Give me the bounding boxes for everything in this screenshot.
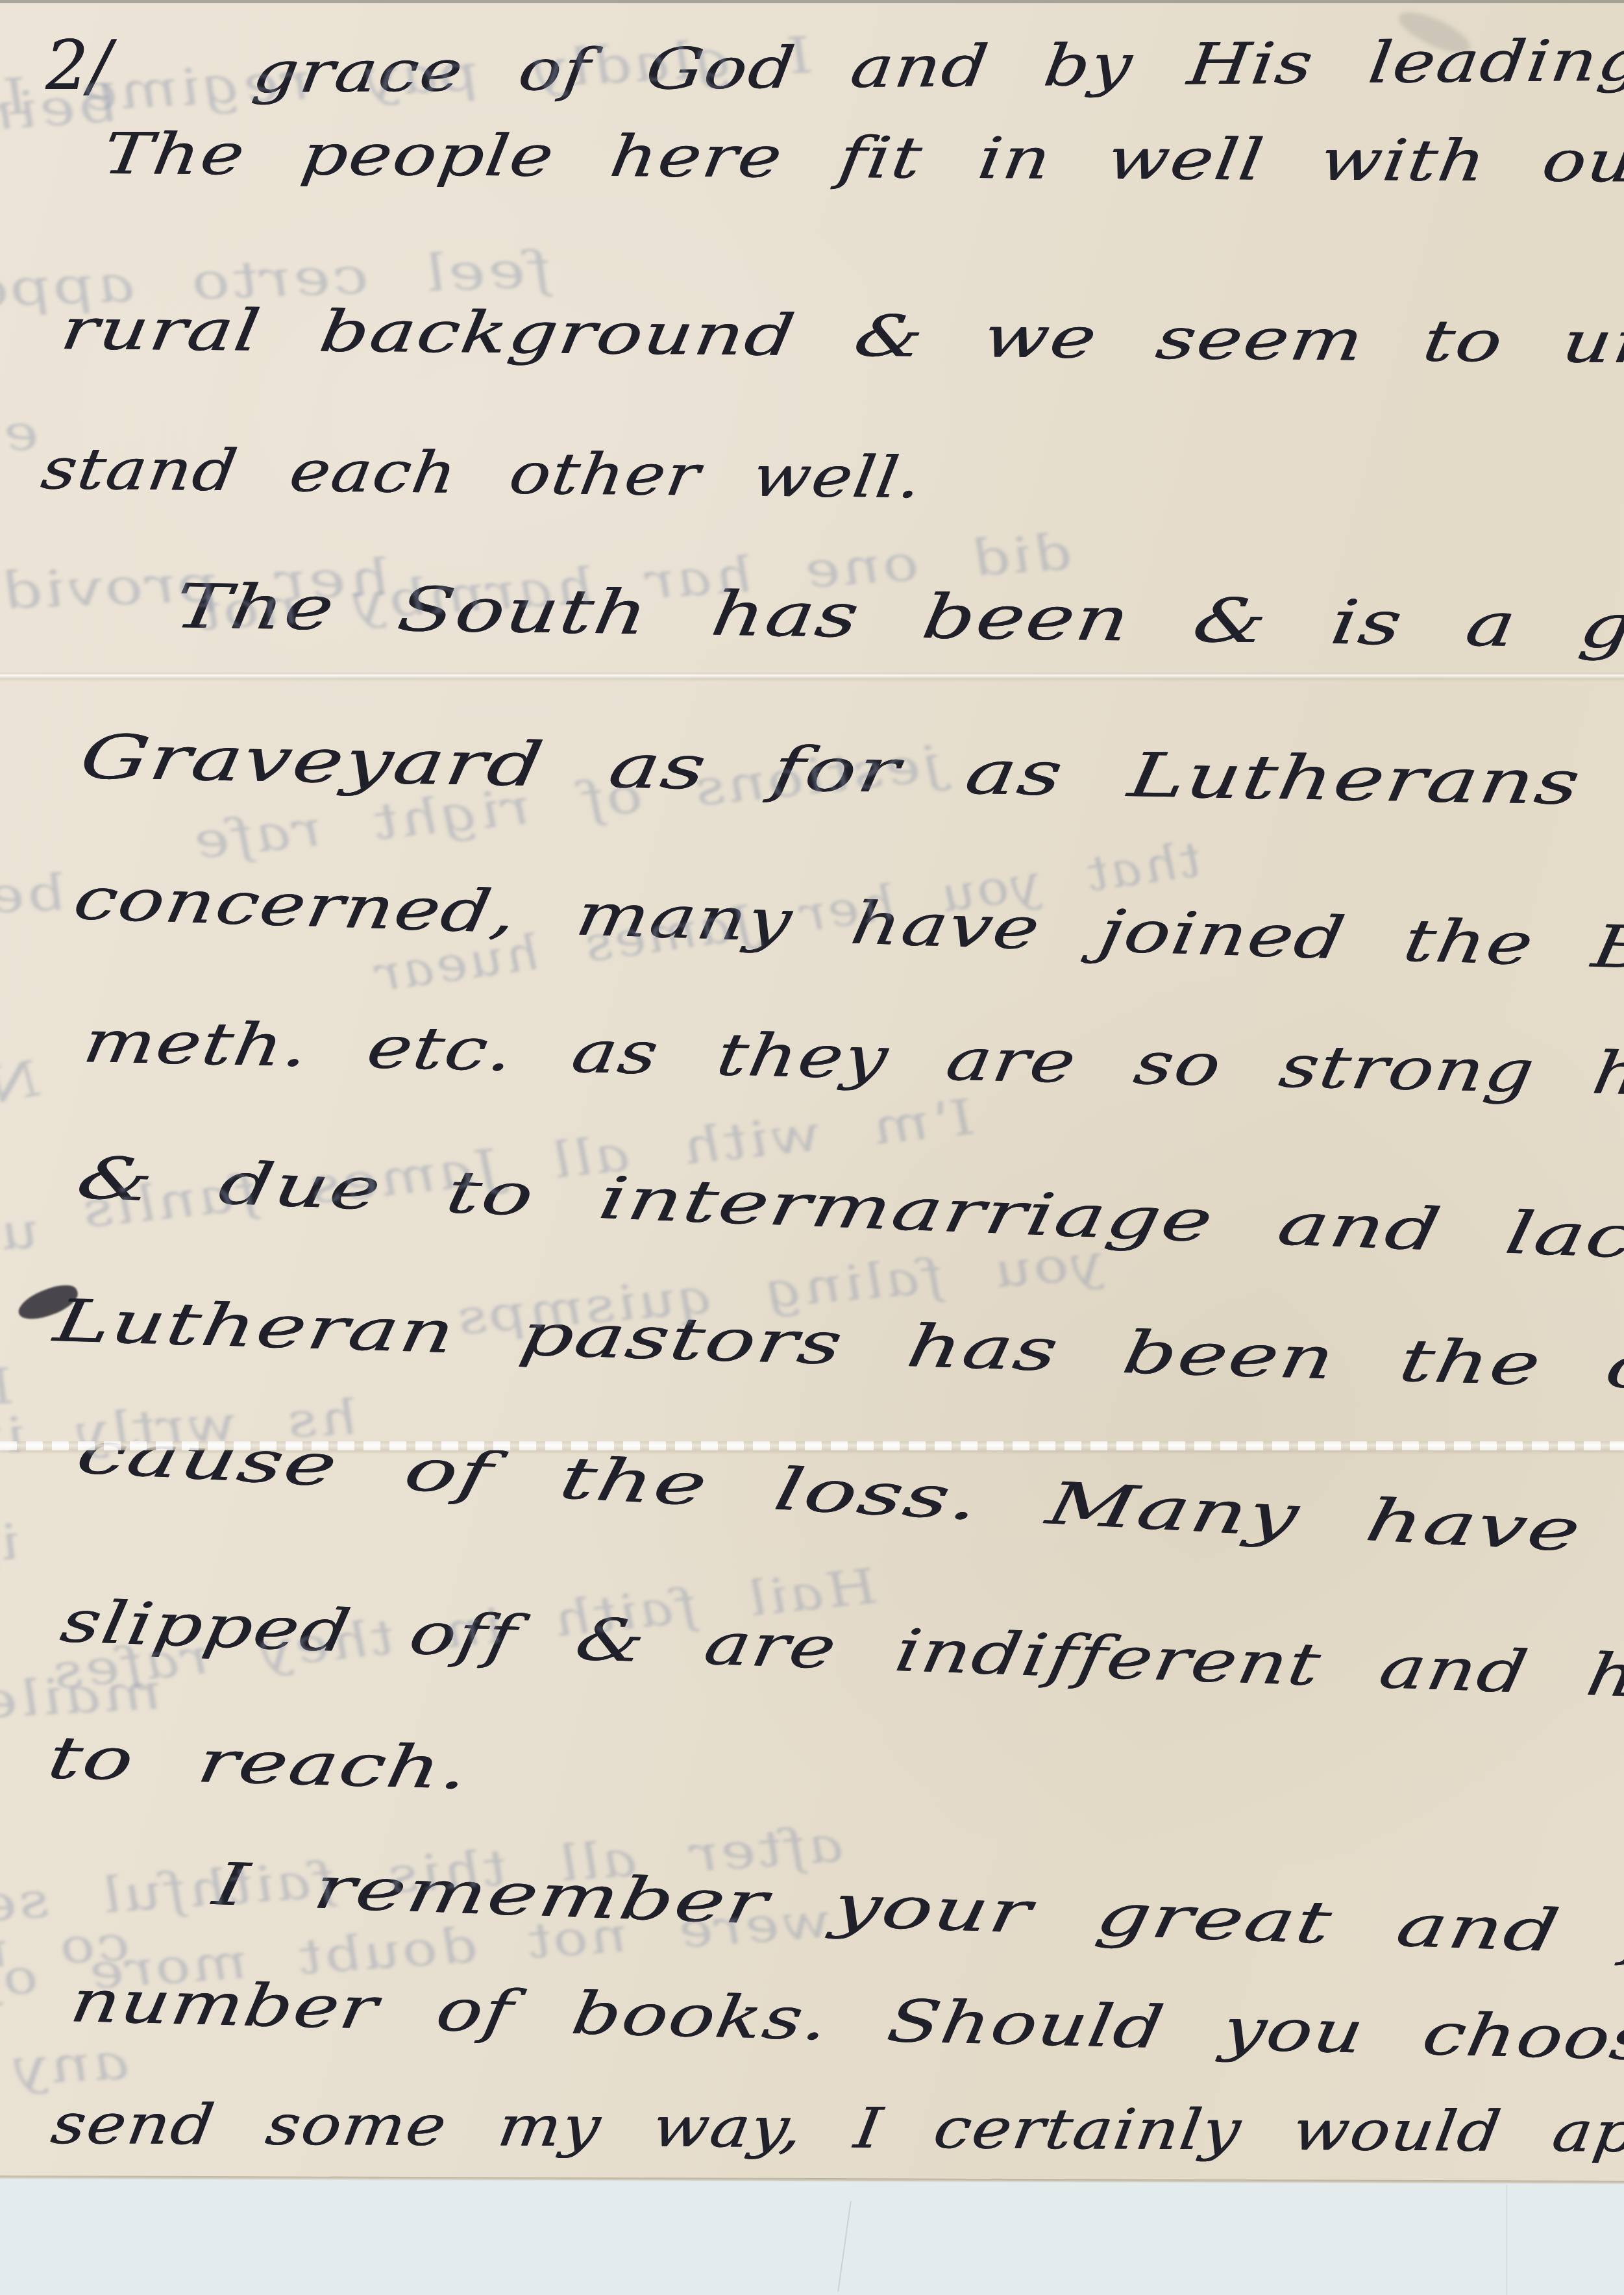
handwritten-line: to reach. <box>43 1724 474 1803</box>
scanner-hairline <box>837 2202 851 2292</box>
fold-crease <box>0 673 1624 679</box>
scanner-hairline <box>1506 2185 1507 2295</box>
handwritten-line: stand each other well. <box>37 435 927 511</box>
scanned-letter-page: 2/ grace of God and by His leading;The p… <box>0 0 1624 2295</box>
fold-crease <box>0 1441 1624 1450</box>
handwritten-line: send some my way, I certainly would appr… <box>47 2092 1624 2166</box>
scan-edge-strip <box>0 0 1624 3</box>
handwritten-line: The people here fit in well with our <box>99 120 1624 195</box>
